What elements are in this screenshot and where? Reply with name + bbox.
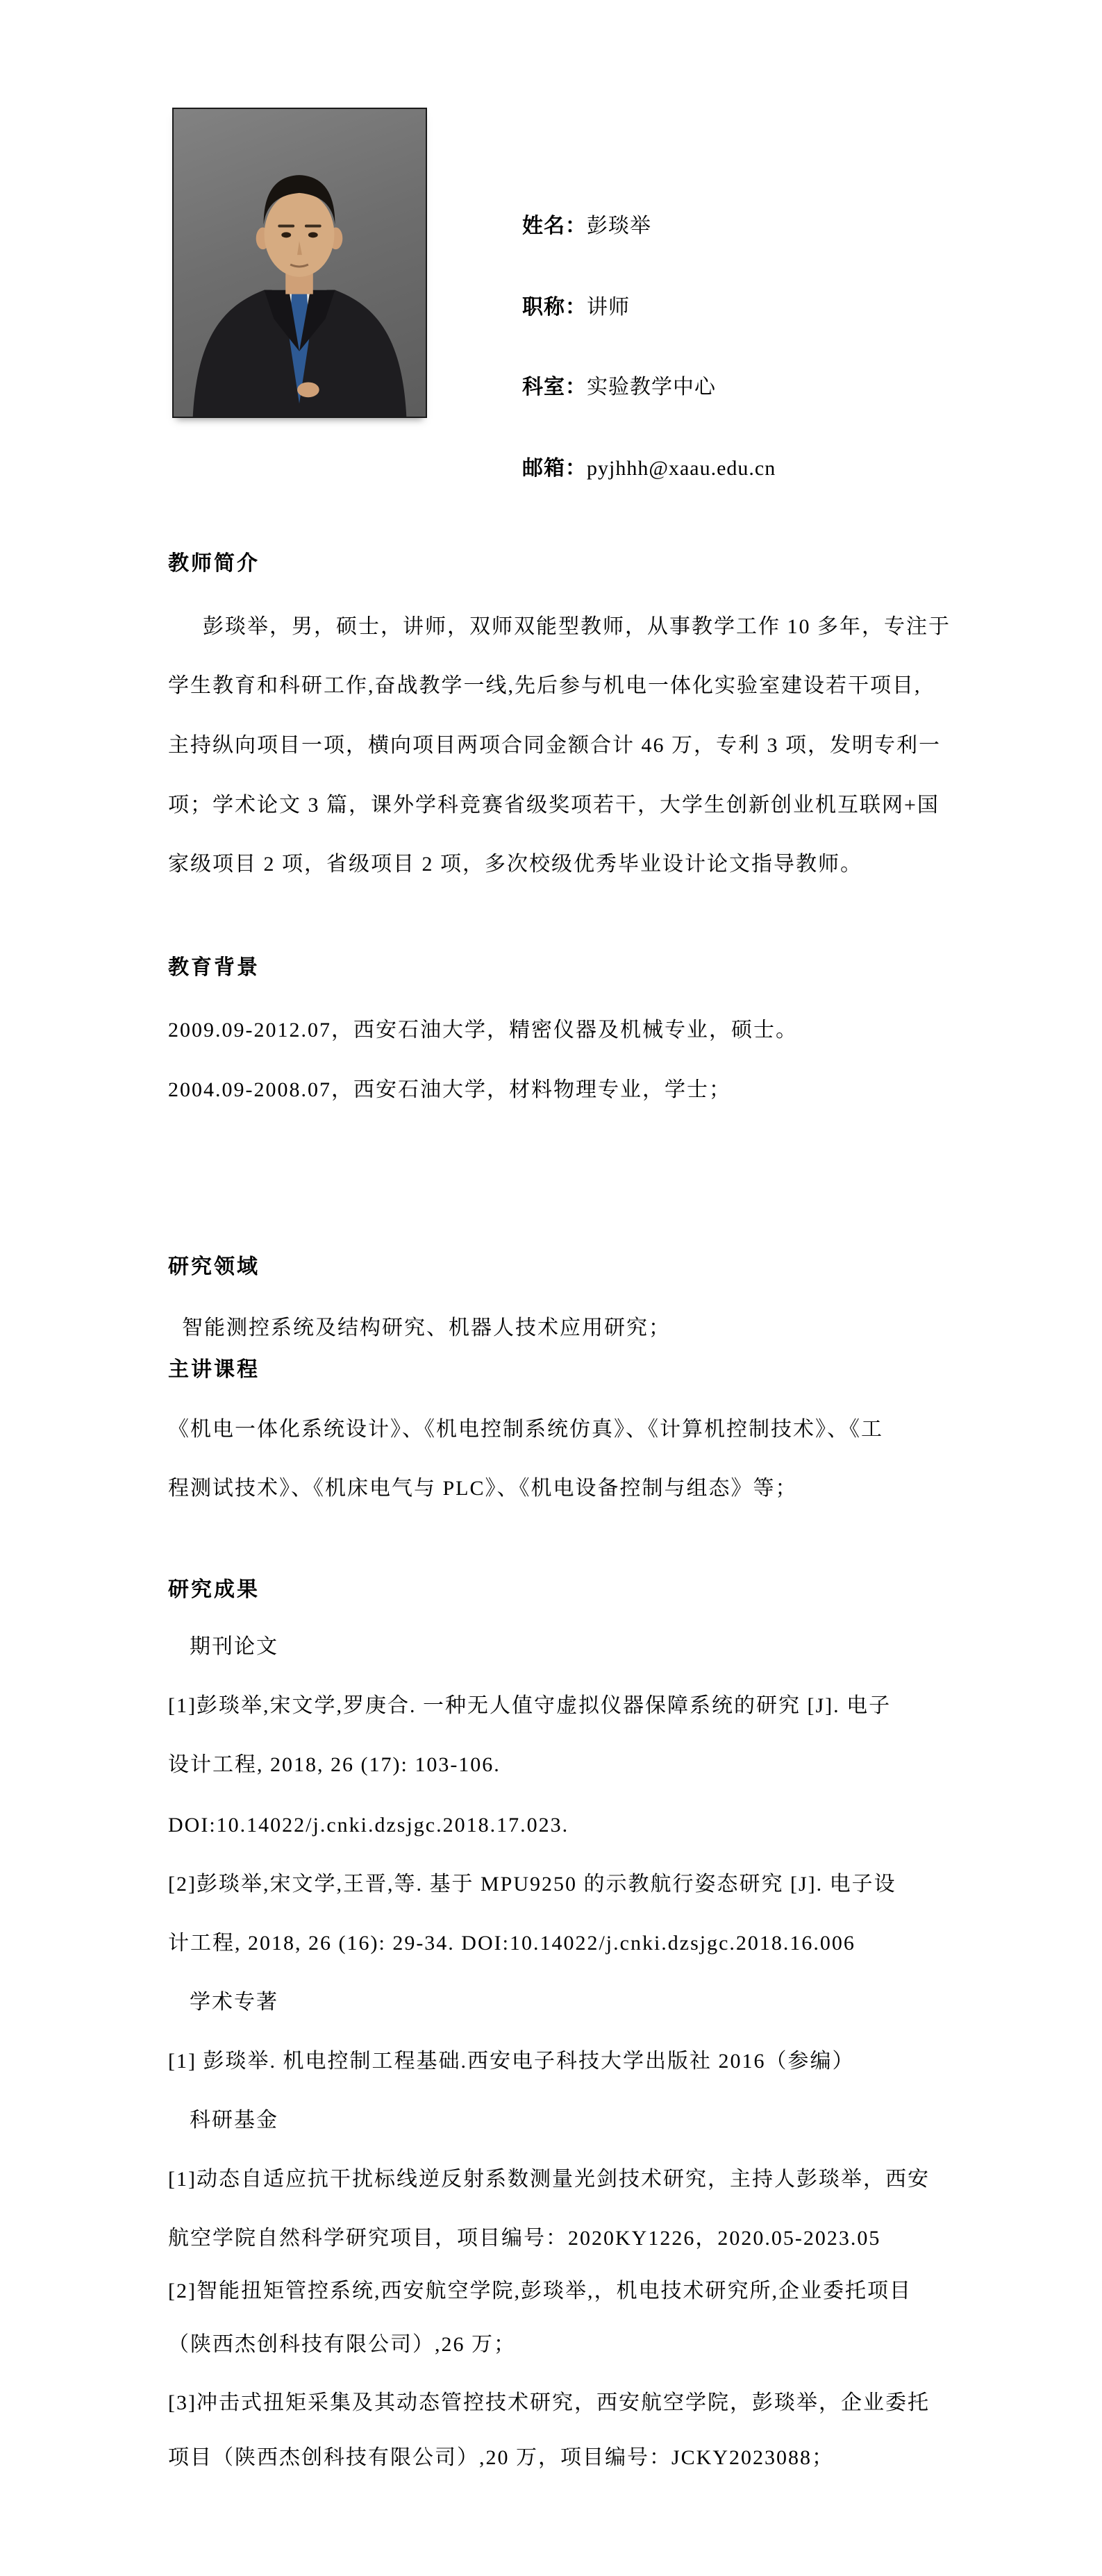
education-line: 2004.09-2008.07，西安石油大学，材料物理专业，学士； bbox=[168, 1076, 731, 1104]
field-email-label: 邮箱： bbox=[522, 457, 587, 480]
education-line: 2009.09-2012.07，西安石油大学，精密仪器及机械专业，硕士。 bbox=[168, 1017, 798, 1044]
books-line: [1] 彭琰举. 机电控制工程基础.西安电子科技大学出版社 2016（参编） bbox=[168, 2048, 854, 2075]
funds-line: （陕西杰创科技有限公司）,26 万； bbox=[168, 2331, 516, 2359]
subsection-title-journal: 期刊论文 bbox=[190, 1633, 278, 1661]
field-name: 姓名：彭琰举 bbox=[522, 212, 651, 240]
journal-line: [2]彭琰举,宋文学,王晋,等. 基于 MPU9250 的示教航行姿态研究 [J… bbox=[168, 1871, 896, 1898]
field-title: 职称：讲师 bbox=[522, 294, 630, 321]
funds-line: 航空学院自然科学研究项目，项目编号：2020KY1226，2020.05-202… bbox=[168, 2225, 880, 2252]
portrait-man-illustration bbox=[174, 109, 426, 417]
section-title-achievements: 研究成果 bbox=[168, 1576, 260, 1604]
field-email-value: pyjhhh@xaau.edu.cn bbox=[587, 457, 776, 480]
subsection-title-funds: 科研基金 bbox=[190, 2107, 278, 2134]
field-title-value: 讲师 bbox=[587, 296, 630, 319]
field-department-value: 实验教学中心 bbox=[587, 376, 716, 399]
subsection-title-books: 学术专著 bbox=[190, 1989, 278, 2016]
intro-line: 家级项目 2 项，省级项目 2 项，多次校级优秀毕业设计论文指导教师。 bbox=[168, 851, 862, 878]
intro-line: 彭琰举，男，硕士，讲师，双师双能型教师，从事教学工作 10 多年，专注于 bbox=[203, 613, 951, 641]
funds-line: [2]智能扭矩管控系统,西安航空学院,彭琰举,，机电技术研究所,企业委托项目 bbox=[168, 2277, 912, 2305]
courses-line: 《机电一体化系统设计》、《机电控制系统仿真》、《计算机控制技术》、《工 bbox=[168, 1416, 883, 1444]
faculty-profile-page: 姓名：彭琰举 职称：讲师 科室：实验教学中心 邮箱：pyjhhh@xaau.ed… bbox=[0, 0, 1102, 2576]
funds-line: 项目（陕西杰创科技有限公司）,20 万，项目编号：JCKY2023088； bbox=[168, 2444, 834, 2472]
field-department: 科室：实验教学中心 bbox=[522, 374, 716, 401]
intro-line: 学生教育和科研工作,奋战教学一线,先后参与机电一体化实验室建设若干项目, bbox=[168, 672, 921, 700]
section-title-intro: 教师简介 bbox=[168, 550, 260, 578]
field-email: 邮箱：pyjhhh@xaau.edu.cn bbox=[522, 455, 776, 483]
funds-line: [3]冲击式扭矩采集及其动态管控技术研究，西安航空学院，彭琰举，企业委托 bbox=[168, 2389, 930, 2417]
research-areas-line: 智能测控系统及结构研究、机器人技术应用研究； bbox=[182, 1314, 671, 1342]
intro-line: 项；学术论文 3 篇，课外学科竞赛省级奖项若干，大学生创新创业机互联网+国 bbox=[168, 792, 940, 819]
field-department-label: 科室： bbox=[522, 376, 587, 399]
journal-line: DOI:10.14022/j.cnki.dzsjgc.2018.17.023. bbox=[168, 1812, 569, 1839]
courses-line: 程测试技术》、《机床电气与 PLC》、《机电设备控制与组态》等； bbox=[168, 1475, 798, 1503]
section-title-courses: 主讲课程 bbox=[168, 1356, 260, 1384]
profile-photo bbox=[172, 108, 427, 418]
field-name-label: 姓名： bbox=[522, 215, 587, 237]
journal-line: [1]彭琰举,宋文学,罗庚合. 一种无人值守虚拟仪器保障系统的研究 [J]. 电… bbox=[168, 1692, 891, 1720]
field-title-label: 职称： bbox=[522, 296, 587, 319]
section-title-research-areas: 研究领域 bbox=[168, 1253, 260, 1281]
journal-line: 计工程, 2018, 26 (16): 29-34. DOI:10.14022/… bbox=[168, 1930, 855, 1957]
journal-line: 设计工程, 2018, 26 (17): 103-106. bbox=[168, 1751, 501, 1779]
funds-line: [1]动态自适应抗干扰标线逆反射系数测量光剑技术研究，主持人彭琰举，西安 bbox=[168, 2166, 930, 2193]
intro-line: 主持纵向项目一项，横向项目两项合同金额合计 46 万，专利 3 项，发明专利一 bbox=[168, 732, 941, 760]
field-name-value: 彭琰举 bbox=[587, 215, 651, 237]
section-title-education: 教育背景 bbox=[168, 954, 260, 982]
